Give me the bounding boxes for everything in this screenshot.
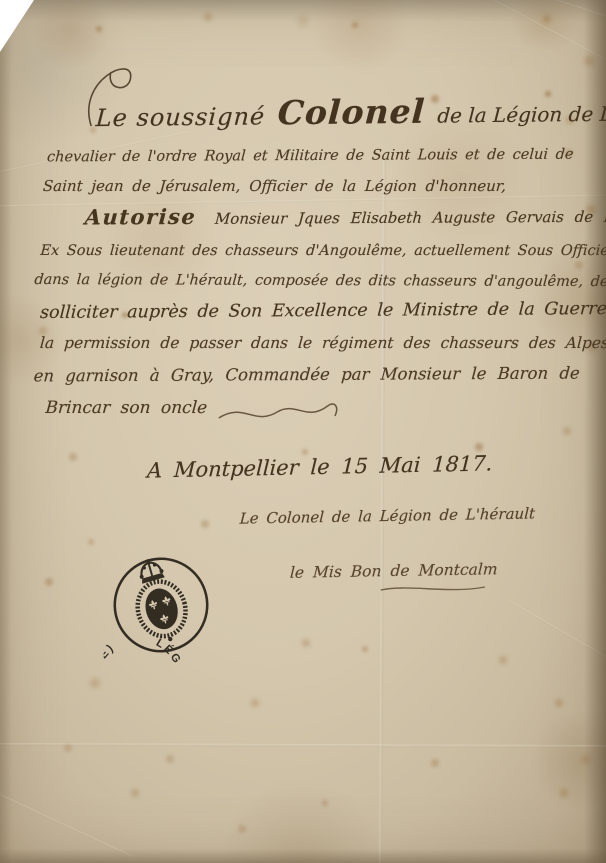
body-line: la permission de passer dans le régiment… <box>39 334 606 352</box>
legion-herault-stamp: LÉGION DE L'HÉRAULT (32E) <box>100 544 222 666</box>
opening-lead: Le soussigné <box>95 102 266 132</box>
end-of-body-flourish <box>214 392 347 436</box>
authorise-line: Autorise Monsieur Jques Elisabeth August… <box>84 202 606 230</box>
body-line: en garnison à Gray, Commandée par Monsie… <box>33 364 580 386</box>
opening-rest: de la Légion de L'hérault, <box>437 101 606 128</box>
opening-line: Le soussigné Colonel de la Légion de L'h… <box>95 89 606 134</box>
authorise-rest: Monsieur Jques Elisabeth Auguste Gervais… <box>214 208 606 228</box>
authorise-word: Autorise <box>84 204 197 230</box>
opening-colonel: Colonel <box>277 92 427 133</box>
stamp-ring-text: LÉGION DE L'HÉRAULT (32E) <box>100 636 190 666</box>
body-line: Ex Sous lieutenant des chasseurs d'Angou… <box>40 243 606 259</box>
body-line: Brincar son oncle <box>45 398 208 418</box>
stamp-ring-text-container: LÉGION DE L'HÉRAULT (32E) <box>100 636 190 666</box>
body-line: Saint jean de Jérusalem, Officier de la … <box>42 177 506 195</box>
body-line: dans la légion de L'hérault, composée de… <box>34 272 606 290</box>
closing-title: Le Colonel de la Légion de L'hérault <box>239 504 535 527</box>
body-line: chevalier de l'ordre Royal et Militaire … <box>46 147 574 166</box>
signature: le Mis Bon de Montcalm <box>289 560 498 582</box>
signature-paraph <box>378 580 489 600</box>
scanned-document: { "doc": { "opening": { "lead": "Le sous… <box>0 0 606 863</box>
body-line: solliciter auprès de Son Excellence le M… <box>39 299 606 323</box>
dateline: A Montpellier le 15 Mai 1817. <box>147 451 493 482</box>
manuscript-text: Le soussigné Colonel de la Légion de L'h… <box>0 0 606 863</box>
